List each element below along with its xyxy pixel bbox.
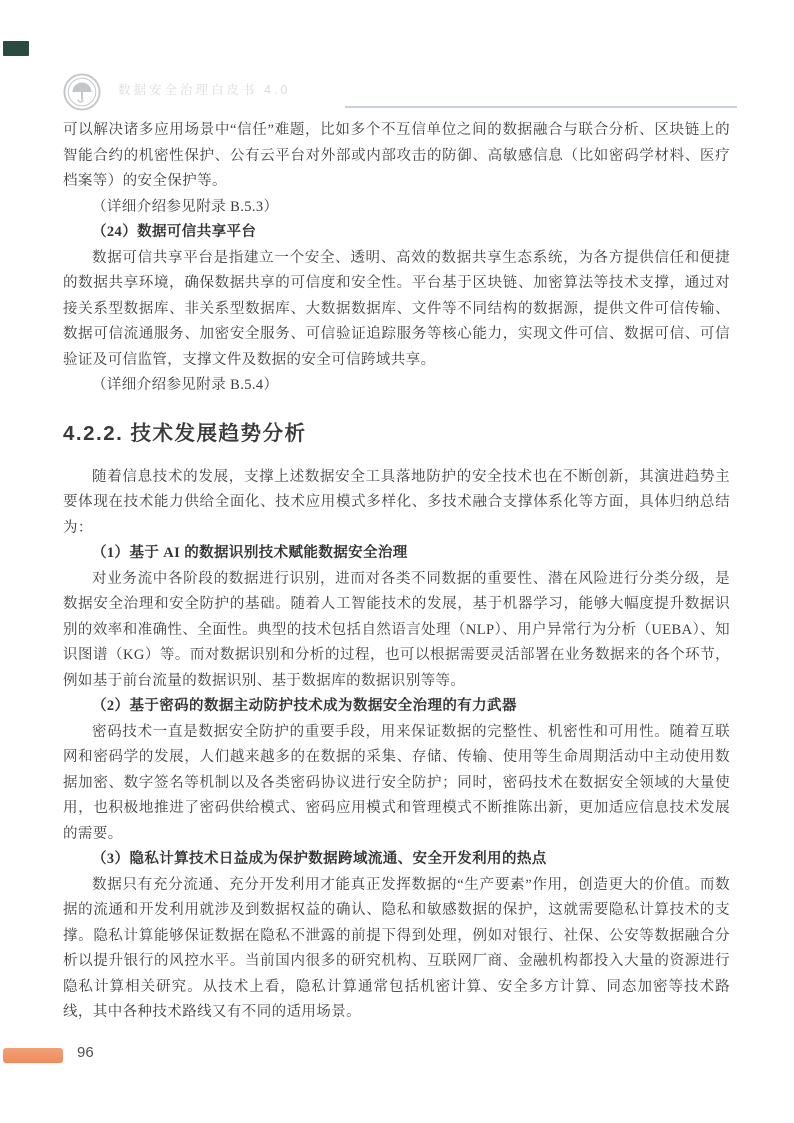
sub-heading-2-crypto: （2）基于密码的数据主动防护技术成为数据安全治理的有力武器 [63, 694, 730, 720]
item-heading-24: （24）数据可信共享平台 [63, 220, 730, 246]
section-heading-4-2-2: 4.2.2. 技术发展趋势分析 [63, 419, 730, 449]
document-page: 数据安全治理白皮书 4.0 可以解决诸多应用场景中“信任”难题，比如多个不互信单… [0, 0, 794, 1123]
paragraph-privacy-computing: 数据只有充分流通、充分开发利用才能真正发挥数据的“生产要素”作用，创造更大的价值… [63, 873, 730, 1026]
paragraph-crypto-protection: 密码技术一直是数据安全防护的重要手段，用来保证数据的完整性、机密性和可用性。随着… [63, 720, 730, 848]
paragraph-continuation: 可以解决诸多应用场景中“信任”难题，比如多个不互信单位之间的数据融合与联合分析、… [63, 118, 730, 195]
paragraph-ai-recognition: 对业务流中各阶段的数据进行识别，进而对各类不同数据的重要性、潜在风险进行分类分级… [63, 567, 730, 695]
paragraph-trusted-sharing-platform: 数据可信共享平台是指建立一个安全、透明、高效的数据共享生态系统，为各方提供信任和… [63, 246, 730, 374]
footer-accent-bar [3, 1048, 63, 1063]
appendix-note-b54: （详细介绍参见附录 B.5.4） [63, 373, 730, 399]
sub-heading-1-ai: （1）基于 AI 的数据识别技术赋能数据安全治理 [63, 541, 730, 567]
sub-heading-3-privacy: （3）隐私计算技术日益成为保护数据跨域流通、安全开发利用的热点 [63, 847, 730, 873]
paragraph-trend-intro: 随着信息技术的发展，支撑上述数据安全工具落地防护的安全技术也在不断创新，其演进趋… [63, 465, 730, 542]
page-number: 96 [77, 1044, 94, 1061]
page-body: 可以解决诸多应用场景中“信任”难题，比如多个不互信单位之间的数据融合与联合分析、… [0, 0, 794, 1026]
appendix-note-b53: （详细介绍参见附录 B.5.3） [63, 195, 730, 221]
